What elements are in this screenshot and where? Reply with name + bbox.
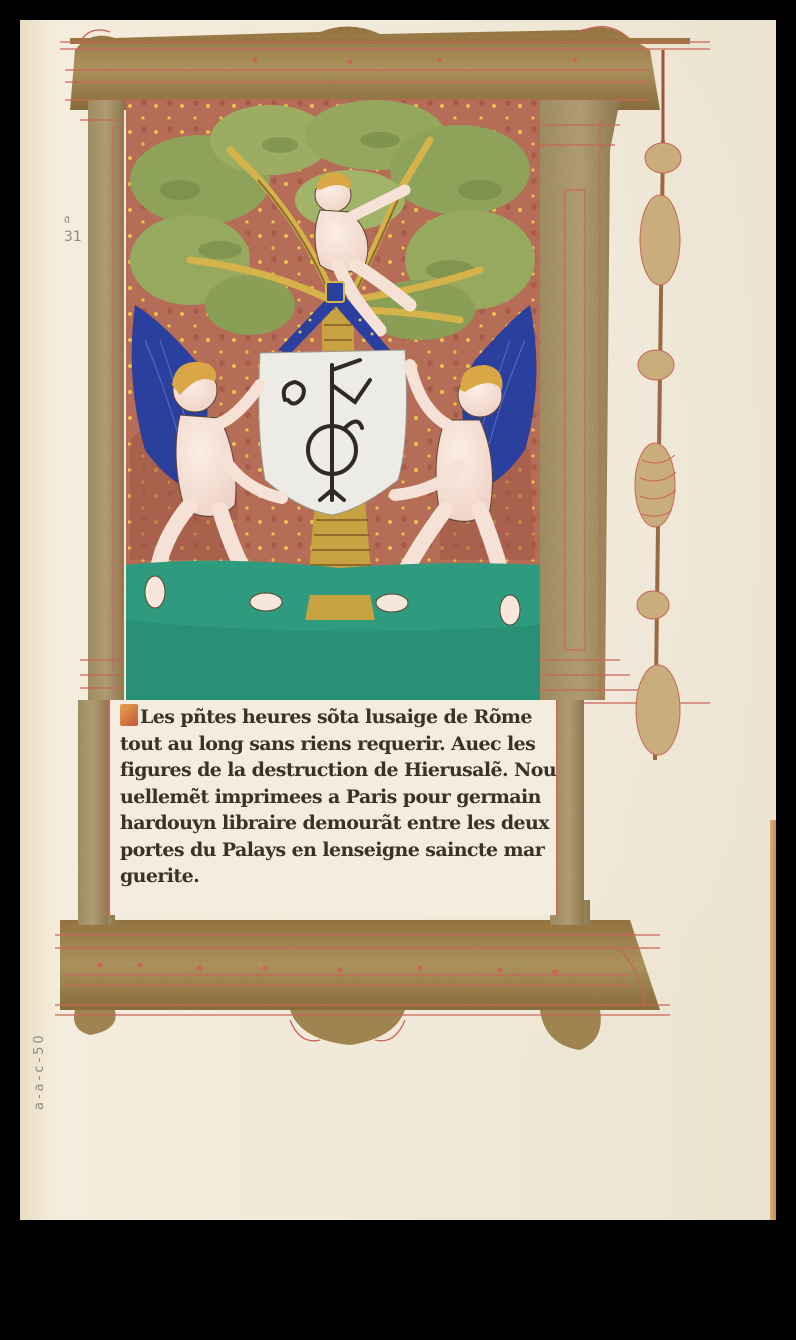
rubricated-initial <box>120 704 138 726</box>
frame-left-column <box>88 100 124 700</box>
title-text-panel: Les pñtes heures sõta lusaige de Rõme to… <box>108 700 557 915</box>
text-line-5: hardouyn libraire demourãt entre les deu… <box>120 810 550 837</box>
illumination-artwork <box>20 20 776 1220</box>
illumination-panel <box>126 100 540 700</box>
text-line-3: figures de la destruction de Hierusalẽ. … <box>120 757 550 784</box>
text-line-2: tout au long sans riens requerir. Auec l… <box>120 731 550 758</box>
shield <box>259 350 407 515</box>
text-line-1: Les pñtes heures sõta lusaige de Rõme <box>120 704 550 731</box>
text-line-4: uellemẽt imprimees a Paris pour germain <box>120 784 550 811</box>
frame-top <box>70 26 690 110</box>
hanging-ornament <box>635 50 681 760</box>
manuscript-page: 𝔞 31 a-a-c-50 <box>20 20 776 1220</box>
text-line-6: portes du Palays en lenseigne saincte ma… <box>120 837 550 864</box>
text-line-7: guerite. <box>120 863 550 890</box>
title-text: Les pñtes heures sõta lusaige de Rõme to… <box>120 704 550 890</box>
